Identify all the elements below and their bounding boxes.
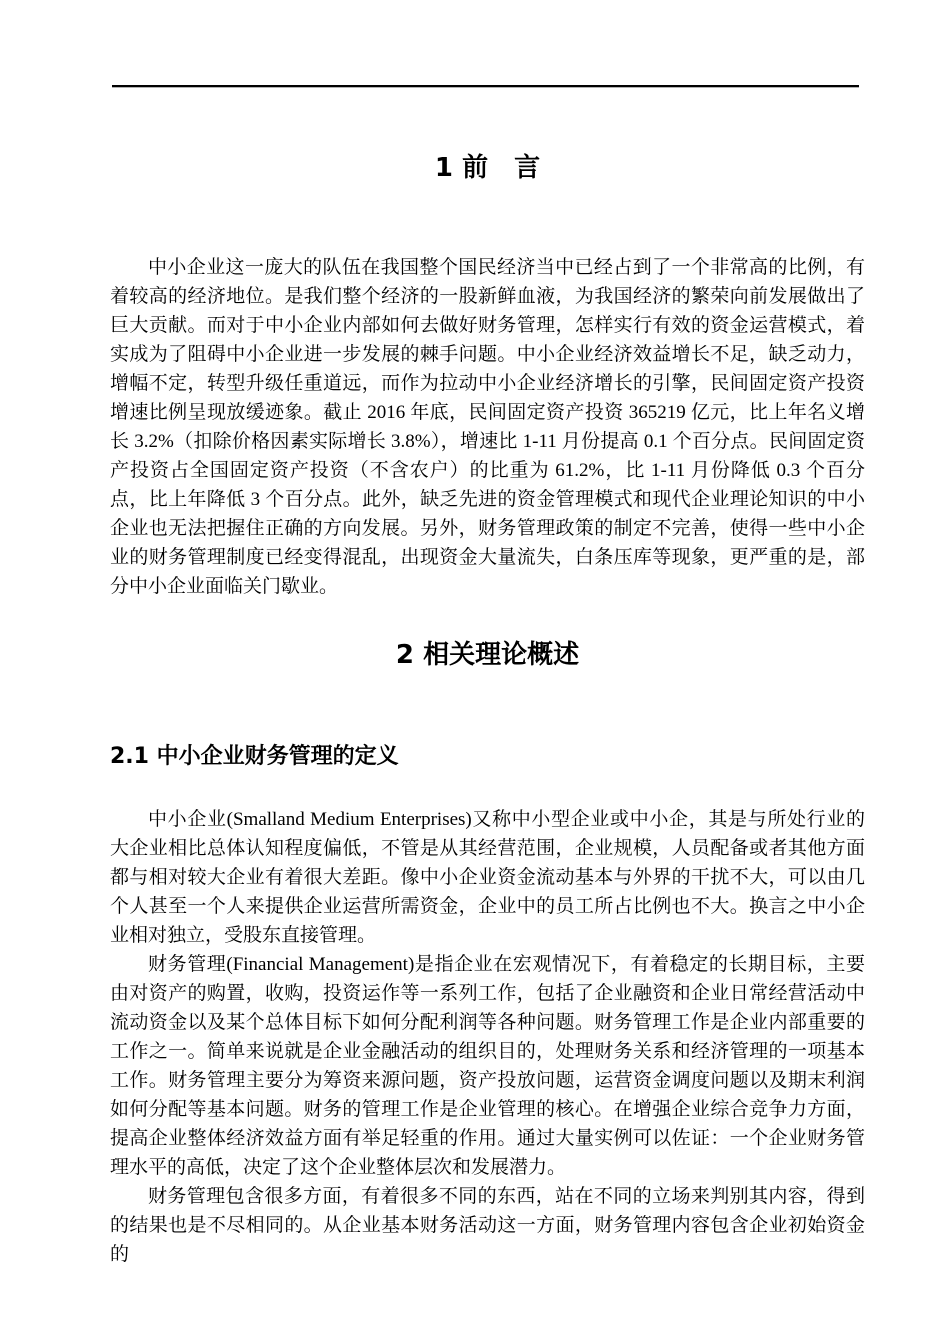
section-2-1-body: 中小企业(Smalland Medium Enterprises)又称中小型企业… bbox=[110, 805, 865, 1269]
header-rule bbox=[112, 85, 859, 87]
paragraph-financial-management-content: 财务管理包含很多方面，有着很多不同的东西，站在不同的立场来判别其内容，得到的结果… bbox=[110, 1182, 865, 1269]
paragraph-sme-definition: 中小企业(Smalland Medium Enterprises)又称中小型企业… bbox=[110, 805, 865, 950]
chapter-2-heading: 2 相关理论概述 bbox=[110, 642, 865, 668]
section-2-1-heading: 2.1 中小企业财务管理的定义 bbox=[110, 745, 865, 769]
chapter-1-body: 中小企业这一庞大的队伍在我国整个国民经济当中已经占到了一个非常高的比例，有着较高… bbox=[110, 253, 865, 601]
paragraph-intro: 中小企业这一庞大的队伍在我国整个国民经济当中已经占到了一个非常高的比例，有着较高… bbox=[110, 253, 865, 601]
paragraph-financial-management-definition: 财务管理(Financial Management)是指企业在宏观情况下，有着稳… bbox=[110, 950, 865, 1182]
chapter-1-heading: 1 前 言 bbox=[110, 155, 865, 181]
document-page: 1 前 言 中小企业这一庞大的队伍在我国整个国民经济当中已经占到了一个非常高的比… bbox=[0, 0, 950, 1344]
